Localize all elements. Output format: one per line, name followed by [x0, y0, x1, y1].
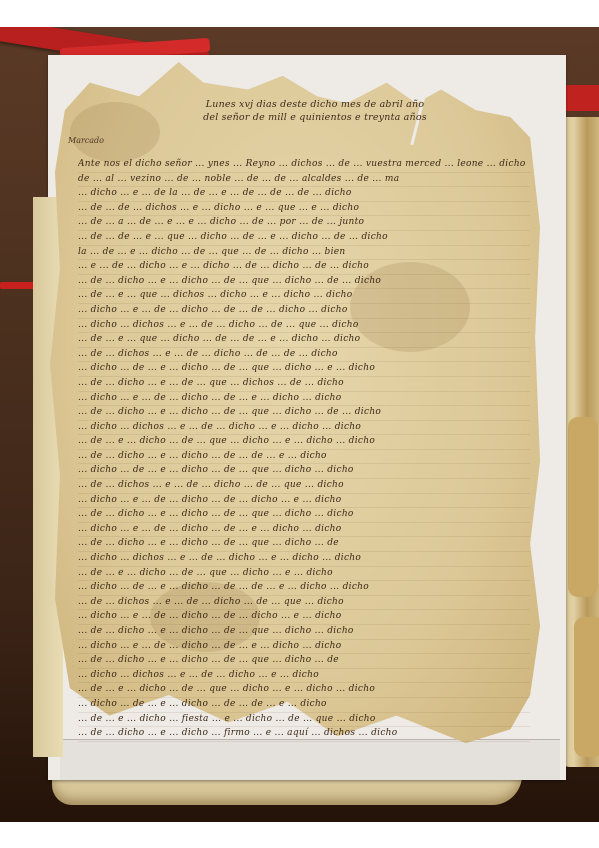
backing-paper-layer [60, 739, 560, 780]
manuscript-line: ... de ... e ... que ... dicho ... de ..… [78, 333, 530, 348]
manuscript-line: ... dicho ... dichos ... e ... de ... di… [78, 319, 530, 334]
manuscript-line: ... dicho ... e ... de ... dicho ... de … [78, 304, 530, 319]
manuscript-line: ... de ... de ... e ... que ... dicho ..… [78, 231, 530, 246]
manuscript-line: ... de ... e ... dicho ... de ... que ..… [78, 435, 530, 450]
parchment-edge [33, 197, 63, 757]
manuscript-line: ... de ... a ... de ... e ... e ... dich… [78, 216, 530, 231]
manuscript-line: ... de ... e ... dicho ... de ... que ..… [78, 683, 530, 698]
manuscript-line: ... de ... dicho ... e ... dicho ... de … [78, 406, 530, 421]
manuscript-line: ... dicho ... de ... e ... dicho ... de … [78, 464, 530, 479]
manuscript-line: la ... de ... e ... dicho ... de ... que… [78, 246, 530, 261]
manuscript-line: ... dicho ... dichos ... e ... de ... di… [78, 421, 530, 436]
manuscript-line: ... dicho ... dichos ... e ... de ... di… [78, 552, 530, 567]
manuscript-line: ... de ... dicho ... e ... dicho ... de … [78, 654, 530, 669]
manuscript-line: ... de ... dicho ... e ... dicho ... de … [78, 625, 530, 640]
manuscript-line: ... dicho ... e ... de ... dicho ... de … [78, 494, 530, 509]
manuscript-line: ... dicho ... de ... e ... dicho ... de … [78, 581, 530, 596]
manuscript-line: ... de ... e ... que ... dichos ... dich… [78, 289, 530, 304]
header-line: del señor de mill e quinientos e treynta… [195, 111, 435, 124]
manuscript-line: ... dicho ... de ... e ... dicho ... de … [78, 362, 530, 377]
manuscript-line: ... de ... de ... dichos ... e ... dicho… [78, 202, 530, 217]
manuscript-line: ... de ... dicho ... e ... dicho ... de … [78, 508, 530, 523]
manuscript-line: Ante nos el dicho señor ... ynes ... Rey… [78, 158, 530, 173]
header-line: Lunes xvj dias deste dicho mes de abril … [195, 98, 435, 111]
manuscript-line: ... dicho ... de ... e ... dicho ... de … [78, 698, 530, 713]
manuscript-line: ... dicho ... e ... de ... dicho ... de … [78, 523, 530, 538]
manuscript-line: ... dicho ... e ... de la ... de ... e .… [78, 187, 530, 202]
manuscript-line: ... de ... e ... dicho ... fiesta ... e … [78, 713, 530, 728]
manuscript-line: ... de ... dicho ... e ... dicho ... de … [78, 275, 530, 290]
manuscript-line: ... de ... dicho ... e ... dicho ... de … [78, 450, 530, 465]
manuscript-line: ... de ... dicho ... e ... dicho ... de … [78, 537, 530, 552]
manuscript-line: ... e ... de ... dicho ... e ... dicho .… [78, 260, 530, 275]
manuscript-line: ... de ... dichos ... e ... de ... dicho… [78, 348, 530, 363]
manuscript-line: ... de ... e ... dicho ... de ... que ..… [78, 567, 530, 582]
manuscript-line: de ... al ... vezino ... de ... noble ..… [78, 173, 530, 188]
manuscript-line: ... dicho ... e ... de ... dicho ... de … [78, 640, 530, 655]
manuscript-line: ... de ... dichos ... e ... de ... dicho… [78, 596, 530, 611]
manuscript-line: ... de ... dichos ... e ... de ... dicho… [78, 479, 530, 494]
manuscript-line: ... dicho ... e ... de ... dicho ... de … [78, 392, 530, 407]
manuscript-line: ... dicho ... e ... de ... dicho ... de … [78, 610, 530, 625]
manuscript-body: Ante nos el dicho señor ... ynes ... Rey… [78, 158, 530, 742]
manuscript-line: ... de ... dicho ... e ... de ... que ..… [78, 377, 530, 392]
manuscript-line: ... de ... dicho ... e ... dicho ... fir… [78, 727, 530, 742]
manuscript-header: Lunes xvj dias deste dicho mes de abril … [195, 98, 435, 124]
margin-note: Marcado [68, 136, 104, 145]
manuscript-line: ... dicho ... dichos ... e ... de ... di… [78, 669, 530, 684]
